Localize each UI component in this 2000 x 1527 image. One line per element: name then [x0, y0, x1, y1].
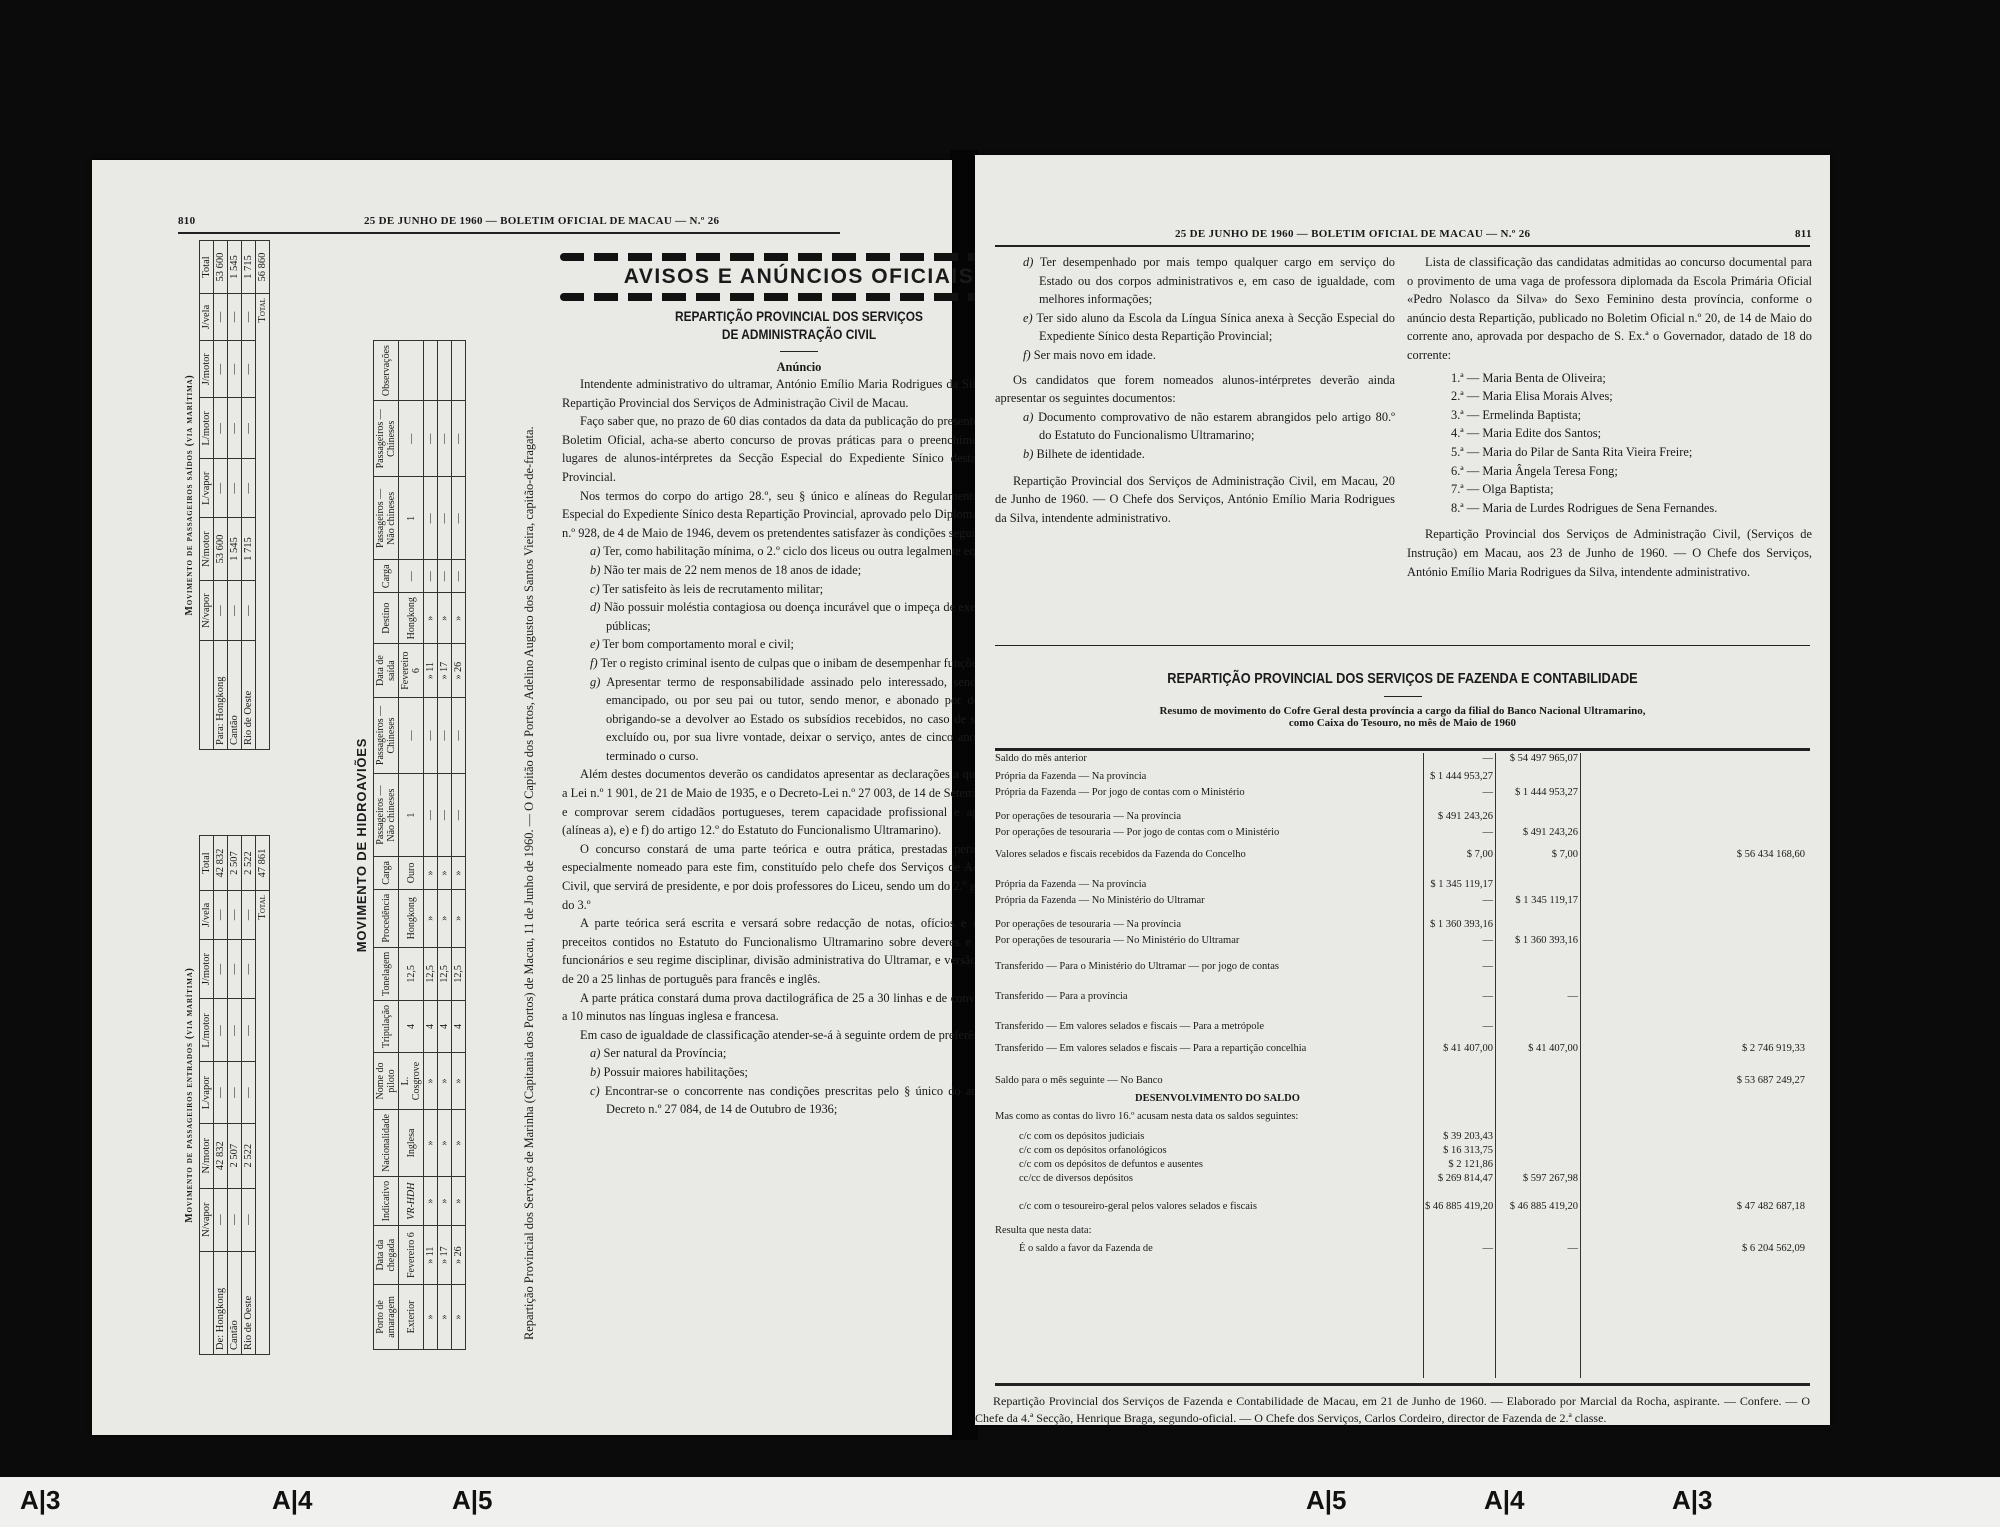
ledger-amount: $ 491 243,26	[1425, 811, 1493, 822]
ledger-row: É o saldo a favor da Fazenda de——$ 6 204…	[995, 1243, 1810, 1260]
cell: »	[452, 1052, 466, 1109]
cell: 42 832	[214, 1123, 228, 1188]
marker-text: A|4	[272, 1485, 313, 1515]
col-header	[200, 1251, 214, 1354]
col-header: Tripulação	[374, 1000, 399, 1052]
cell: Exterior	[399, 1284, 424, 1349]
item-letter: b)	[590, 563, 600, 577]
col-header: L/motor	[200, 999, 214, 1062]
ledger-amount: —	[1500, 1243, 1578, 1254]
cell: —	[399, 401, 424, 477]
ledger-amount: —	[1500, 991, 1578, 1002]
cell	[399, 341, 424, 401]
col-header: Data de saída	[374, 644, 399, 698]
cell: —	[452, 401, 466, 477]
paragraph: Além destes documentos deverão os candid…	[562, 765, 1037, 839]
fazenda-header: REPARTIÇÃO PROVINCIAL DOS SERVIÇOS DE FA…	[995, 670, 1810, 729]
paragraph: Intendente administrativo do ultramar, A…	[562, 375, 1037, 412]
cell: —	[452, 477, 466, 560]
ledger-amount: —	[1425, 787, 1493, 798]
cell: » 26	[452, 1226, 466, 1284]
frame-marker: A|3	[1672, 1485, 1713, 1516]
marker-text: A|5	[1306, 1485, 1347, 1515]
dept-title-line2: DE ADMINISTRAÇÃO CIVIL	[596, 325, 1002, 343]
ledger-label: Própria da Fazenda — Na província	[995, 879, 1146, 890]
cell: —	[438, 697, 452, 773]
cell: »	[452, 1176, 466, 1226]
item-letter: d)	[1023, 255, 1033, 269]
table-caption: Movimento de passageiros saídos (via mar…	[184, 240, 195, 750]
cell: —	[228, 294, 242, 341]
total-label: Total	[256, 891, 270, 1355]
cell: »	[438, 889, 452, 947]
page-number: 811	[1795, 228, 1812, 240]
ledger-amount: $ 2 746 919,33	[1585, 1043, 1805, 1054]
ledger-label: c/c com os depósitos orfanológicos	[1019, 1145, 1167, 1156]
cell: »	[424, 889, 438, 947]
cell: —	[228, 939, 242, 999]
marker-text: A|5	[452, 1485, 493, 1515]
item-text: Ter satisfeito às leis de recrutamento m…	[603, 582, 824, 596]
cell: 12,5	[438, 947, 452, 1000]
col-header: N/motor	[200, 518, 214, 580]
row-header: Para:	[215, 723, 226, 745]
cell: —	[452, 560, 466, 593]
candidate-name: Ermelinda Baptista;	[1482, 408, 1581, 422]
table-total-row: Total 47 861	[256, 836, 270, 1355]
table-bottom-rule	[995, 1383, 1810, 1386]
signature-text: Repartição Provincial dos Serviços de Ma…	[520, 340, 538, 1360]
ledger-row: cc/cc de diversos depósitos$ 269 814,47$…	[995, 1173, 1810, 1190]
list-item: 4.ª — Maria Edite dos Santos;	[1451, 424, 1812, 443]
list-item: 5.ª — Maria do Pilar de Santa Rita Vieir…	[1451, 443, 1812, 462]
ledger-amount: —	[1425, 961, 1493, 972]
cell: 2 522	[242, 1123, 256, 1188]
paragraph: Nos termos do corpo do artigo 28.º, seu …	[562, 487, 1037, 543]
cell: Cantão	[228, 641, 242, 750]
header-rule	[178, 232, 840, 234]
cell: » 17	[438, 644, 452, 698]
avisos-banner: AVISOS E ANÚNCIOS OFICIAIS	[560, 265, 1038, 289]
ledger-amount: $ 1 360 393,16	[1425, 919, 1493, 930]
ledger-amount: $ 46 885 419,20	[1425, 1201, 1493, 1212]
item-letter: f)	[1023, 348, 1031, 362]
cell: —	[242, 1188, 256, 1251]
left-page: 810 25 DE JUNHO DE 1960 — BOLETIM OFICIA…	[92, 160, 952, 1435]
cell: »	[438, 1110, 452, 1177]
preference-item: e) Ter sido aluno da Escola da Língua Sí…	[995, 309, 1395, 346]
item-text: Possuir maiores habilitações;	[603, 1065, 748, 1079]
condition-item: b) Não ter mais de 22 nem menos de 18 an…	[562, 561, 1037, 580]
ledger-amount: $ 7,00	[1425, 849, 1493, 860]
frame-marker: A|4	[272, 1485, 313, 1516]
cell: —	[242, 294, 256, 341]
ledger-amount: $ 6 204 562,09	[1585, 1243, 1805, 1254]
cell: 4	[399, 1000, 424, 1052]
item-text: Ser mais novo em idade.	[1034, 348, 1156, 362]
item-text: Documento comprovativo de não estarem ab…	[1038, 410, 1395, 443]
preference-item: a) Ser natural da Província;	[562, 1044, 1037, 1063]
cell: —	[242, 939, 256, 999]
candidate-name: Maria Elisa Morais Alves;	[1482, 389, 1612, 403]
cell: 1 715	[242, 518, 256, 580]
ledger-amount: $ 16 313,75	[1425, 1145, 1493, 1156]
ledger-row: Por operações de tesouraria — Na provínc…	[995, 919, 1810, 936]
ledger-amount: $ 39 203,43	[1425, 1131, 1493, 1142]
list-item: 1.ª — Maria Benta de Oliveira;	[1451, 369, 1812, 388]
cell: —	[228, 398, 242, 459]
cell: —	[242, 459, 256, 518]
list-item: 2.ª — Maria Elisa Morais Alves;	[1451, 387, 1812, 406]
cell	[438, 341, 452, 401]
ledger-label: DESENVOLVIMENTO DO SALDO	[1135, 1093, 1300, 1104]
col-header: Passageiros — Não chineses	[374, 477, 399, 560]
candidate-name: Maria Benta de Oliveira;	[1482, 371, 1606, 385]
cell: —	[214, 891, 228, 940]
ledger-label: Própria da Fazenda — Por jogo de contas …	[995, 787, 1245, 798]
table-row: Para: Hongkong — 53 600 — — — — 53 600	[214, 241, 228, 750]
candidate-name: Maria Ângela Teresa Fong;	[1482, 464, 1618, 478]
ledger-label: Por operações de tesouraria — Na provínc…	[995, 919, 1181, 930]
item-text: Ter, como habilitação mínima, o 2.º cicl…	[603, 544, 1024, 558]
col-header: Nome do piloto	[374, 1052, 399, 1109]
row-header: De:	[215, 1335, 226, 1350]
cell: 2 522	[242, 836, 256, 891]
cell: —	[242, 1062, 256, 1123]
ledger-row: DESENVOLVIMENTO DO SALDO	[995, 1093, 1810, 1110]
film-strip-edge: A|3 A|4 A|5 A|5 A|4 A|3	[0, 1477, 2000, 1527]
cell: »	[452, 1284, 466, 1349]
col-header: Total	[200, 241, 214, 294]
ledger-row: Própria da Fazenda — Na província$ 1 444…	[995, 771, 1810, 788]
ledger-row: Mas como as contas do livro 16.º acusam …	[995, 1111, 1810, 1128]
ledger-amount: $ 597 267,98	[1500, 1173, 1578, 1184]
item-letter: a)	[590, 1046, 600, 1060]
item-letter: e)	[1023, 311, 1033, 325]
item-text: Ter o registo criminal isento de culpas …	[600, 656, 1030, 670]
item-letter: a)	[1023, 410, 1033, 424]
ledger-label: c/c com o tesoureiro-geral pelos valores…	[1019, 1201, 1257, 1212]
cell: —	[214, 939, 228, 999]
table-row: »» 26»»»412,5»»——» 26»———	[452, 341, 466, 1350]
cell: »	[424, 1176, 438, 1226]
cell: —	[214, 1062, 228, 1123]
table-passageiros-entrados: Movimento de passageiros entrados (via m…	[184, 835, 270, 1355]
ledger-amount: $ 1 345 119,17	[1425, 879, 1493, 890]
capitania-signature: Repartição Provincial dos Serviços de Ma…	[520, 340, 538, 1360]
signature-paragraph: Repartição Provincial dos Serviços de Ad…	[995, 472, 1395, 528]
cell: 53 600	[214, 518, 228, 580]
ledger-amount: —	[1425, 1243, 1493, 1254]
ledger-label: Saldo do mês anterior	[995, 753, 1087, 764]
ledger-label: Por operações de tesouraria — No Ministé…	[995, 935, 1239, 946]
condition-item: a) Ter, como habilitação mínima, o 2.º c…	[562, 542, 1037, 561]
table-row: Cantão — 2 507 — — — — 2 507	[228, 836, 242, 1355]
condition-item: d) Não possuir moléstia contagiosa ou do…	[562, 598, 1037, 635]
ledger-amount: —	[1425, 827, 1493, 838]
item-text: Apresentar termo de responsabilidade ass…	[606, 675, 1037, 763]
ledger-row: Própria da Fazenda — Por jogo de contas …	[995, 787, 1810, 804]
ledger-row: Resulta que nesta data:	[995, 1225, 1810, 1242]
frame-marker: A|5	[1306, 1485, 1347, 1516]
short-rule	[780, 351, 818, 352]
cell: 2 507	[228, 836, 242, 891]
cell: —	[228, 1062, 242, 1123]
cell: »	[452, 1110, 466, 1177]
ledger-amount: $ 7,00	[1500, 849, 1578, 860]
table-total-row: Total 56 860	[256, 241, 270, 750]
col-header: L/vapor	[200, 1062, 214, 1123]
rank: 3.ª	[1451, 408, 1464, 422]
cell: —	[424, 774, 438, 857]
dashed-rule	[560, 253, 1038, 261]
table-row: Rio de Oeste — 1 715 — — — — 1 715	[242, 241, 256, 750]
cell: 1 715	[242, 241, 256, 294]
cell: —	[242, 398, 256, 459]
paragraph: A parte prática constará duma prova dact…	[562, 989, 1037, 1026]
frame-marker: A|3	[20, 1485, 61, 1516]
cell: —	[438, 560, 452, 593]
preference-item: c) Encontrar-se o concorrente nas condiç…	[562, 1082, 1037, 1119]
section-rule	[995, 645, 1810, 646]
item-text: Encontrar-se o concorrente nas condições…	[605, 1084, 1037, 1117]
col-header: Porto de amaragem	[374, 1284, 399, 1349]
cell: »	[424, 1110, 438, 1177]
candidate-name: Maria de Lurdes Rodrigues de Sena Fernan…	[1482, 501, 1717, 515]
cell: —	[228, 999, 242, 1062]
cell: »	[438, 1284, 452, 1349]
cell: »	[424, 593, 438, 644]
cell: —	[424, 697, 438, 773]
rank: 7.ª	[1451, 482, 1464, 496]
dept-title-line1: REPARTIÇÃO PROVINCIAL DOS SERVIÇOS	[596, 307, 1002, 325]
cell: —	[214, 340, 228, 398]
frame-marker: A|5	[452, 1485, 493, 1516]
avisos-body: Intendente administrativo do ultramar, A…	[562, 375, 1037, 1119]
ledger-amount: $ 56 434 168,60	[1585, 849, 1805, 860]
cell: —	[228, 891, 242, 940]
col-header: J/motor	[200, 939, 214, 999]
col-header	[200, 641, 214, 750]
ledger-label: c/c com os depósitos judiciais	[1019, 1131, 1144, 1142]
short-rule	[1384, 696, 1422, 697]
cell: —	[438, 477, 452, 560]
col-header: J/motor	[200, 340, 214, 398]
cell: »	[438, 857, 452, 890]
ledger-amount: $ 46 885 419,20	[1500, 1201, 1578, 1212]
paragraph: Em caso de igualdade de classificação at…	[562, 1026, 1037, 1045]
cell: 4	[438, 1000, 452, 1052]
preference-item: b) Possuir maiores habilitações;	[562, 1063, 1037, 1082]
ledger-row: Valores selados e fiscais recebidos da F…	[995, 849, 1810, 866]
ledger-row: Transferido — Para a província——	[995, 991, 1810, 1008]
cell: Ouro	[399, 857, 424, 890]
footer-paragraph: Repartição Provincial dos Serviços de Fa…	[975, 1393, 1810, 1427]
item-text: Não possuir moléstia contagiosa ou doenç…	[604, 600, 1037, 633]
candidate-name: Olga Baptista;	[1482, 482, 1553, 496]
rank: 1.ª	[1451, 371, 1464, 385]
cell: VR-HDH	[399, 1176, 424, 1226]
total-value: 47 861	[256, 836, 270, 891]
marker-text: A|3	[1672, 1485, 1713, 1515]
preference-item: f) Ser mais novo em idade.	[995, 346, 1395, 365]
table-hidroavioes: MOVIMENTO DE HIDROAVIÕES Porto de amarag…	[354, 340, 466, 1350]
item-letter: d)	[590, 600, 600, 614]
cell: » 11	[424, 1226, 438, 1284]
ledger-amount: $ 1 444 953,27	[1500, 787, 1578, 798]
cell: » 11	[424, 644, 438, 698]
ledger-label: Transferido — Em valores selados e fisca…	[995, 1043, 1306, 1054]
col-header: Passageiros — Chineses	[374, 401, 399, 477]
cell: 1	[399, 774, 424, 857]
item-letter: c)	[590, 1084, 600, 1098]
candidate-name: Maria do Pilar de Santa Rita Vieira Frei…	[1482, 445, 1692, 459]
cell: 4	[452, 1000, 466, 1052]
cell: —	[214, 294, 228, 341]
item-letter: c)	[590, 582, 600, 596]
condition-item: f) Ter o registo criminal isento de culp…	[562, 654, 1037, 673]
cell: Hongkong	[399, 593, 424, 644]
item-letter: g)	[590, 675, 600, 689]
col-header: Destino	[374, 593, 399, 644]
table-row: De: Hongkong — 42 832 — — — — 42 832	[214, 836, 228, 1355]
cell: Rio de Oeste	[242, 1251, 256, 1354]
table-row: ExteriorFevereiro 6VR-HDHInglesaL. Cosgr…	[399, 341, 424, 1350]
cell: —	[228, 340, 242, 398]
cell: —	[399, 560, 424, 593]
cell: »	[424, 1052, 438, 1109]
ledger-row: Por operações de tesouraria — No Ministé…	[995, 935, 1810, 952]
cell: »	[438, 1176, 452, 1226]
ledger-amount: —	[1425, 1021, 1493, 1032]
col-header: Procedência	[374, 889, 399, 947]
cell: 1 545	[228, 518, 242, 580]
rank: 4.ª	[1451, 426, 1464, 440]
cell: —	[228, 459, 242, 518]
running-head: 25 DE JUNHO DE 1960 — BOLETIM OFICIAL DE…	[1175, 228, 1530, 240]
paragraph: A parte teórica será escrita e versará s…	[562, 914, 1037, 988]
cell: —	[452, 774, 466, 857]
table-top-rule	[995, 748, 1810, 751]
ledger-row: Transferido — Em valores selados e fisca…	[995, 1043, 1810, 1060]
cell: Hongkong	[215, 676, 226, 720]
running-head: 25 DE JUNHO DE 1960 — BOLETIM OFICIAL DE…	[364, 215, 719, 227]
cell: Hongkong	[399, 889, 424, 947]
ledger-amount: —	[1425, 895, 1493, 906]
rank: 5.ª	[1451, 445, 1464, 459]
ledger-amount: —	[1425, 991, 1493, 1002]
cell: Fevereiro 6	[399, 1226, 424, 1284]
cell: —	[214, 999, 228, 1062]
col-header: L/motor	[200, 398, 214, 459]
ledger-amount: $ 1 444 953,27	[1425, 771, 1493, 782]
cell: »	[424, 1284, 438, 1349]
ledger-label: Valores selados e fiscais recebidos da F…	[995, 849, 1246, 860]
cell: 4	[424, 1000, 438, 1052]
document-item: a) Documento comprovativo de não estarem…	[995, 408, 1395, 445]
table-row: »» 11»»»412,5»»——» 11»———	[424, 341, 438, 1350]
cell: —	[242, 340, 256, 398]
cell: —	[438, 401, 452, 477]
item-letter: b)	[1023, 447, 1033, 461]
cell: —	[452, 697, 466, 773]
marker-text: A|4	[1484, 1485, 1525, 1515]
col-header: N/motor	[200, 1123, 214, 1188]
cell	[424, 341, 438, 401]
paragraph: Os candidatos que forem nomeados alunos-…	[995, 371, 1395, 408]
item-letter: e)	[590, 637, 600, 651]
ledger-label: Própria da Fazenda — Na província	[995, 771, 1146, 782]
item-letter: b)	[590, 1065, 600, 1079]
ledger-amount: —	[1425, 935, 1493, 946]
cell	[452, 341, 466, 401]
ledger-label: c/c com os depósitos de defuntos e ausen…	[1019, 1159, 1203, 1170]
cell: » 26	[452, 644, 466, 698]
cell: 12,5	[452, 947, 466, 1000]
condition-item: e) Ter bom comportamento moral e civil;	[562, 635, 1037, 654]
ledger-amount: $ 2 121,86	[1425, 1159, 1493, 1170]
cell: —	[242, 580, 256, 641]
cell: —	[242, 999, 256, 1062]
ledger-label: Saldo para o mês seguinte — No Banco	[995, 1075, 1163, 1086]
page-number: 810	[178, 215, 195, 227]
list-item: 7.ª — Olga Baptista;	[1451, 480, 1812, 499]
ledger-label: cc/cc de diversos depósitos	[1019, 1173, 1133, 1184]
col-header: Data da chegada	[374, 1226, 399, 1284]
ledger-label: Transferido — Para a província	[995, 991, 1128, 1002]
list-item: 6.ª — Maria Ângela Teresa Fong;	[1451, 462, 1812, 481]
table-caption: MOVIMENTO DE HIDROAVIÕES	[354, 340, 369, 1350]
cell: —	[214, 459, 228, 518]
cell: 42 832	[214, 836, 228, 891]
cell: »	[452, 889, 466, 947]
col-header: L/vapor	[200, 459, 214, 518]
table-caption: Movimento de passageiros entrados (via m…	[184, 835, 195, 1355]
total-label: Total	[256, 294, 270, 750]
cell: —	[228, 1188, 242, 1251]
cell: Inglesa	[399, 1110, 424, 1177]
cell: Cantão	[228, 1251, 242, 1354]
lista-classificacao: Lista de classificação das candidatas ad…	[1407, 253, 1812, 581]
dashed-rule	[560, 293, 1038, 301]
col-header: Nacionalidade	[374, 1110, 399, 1177]
right-page: 25 DE JUNHO DE 1960 — BOLETIM OFICIAL DE…	[975, 155, 1830, 1425]
cell: —	[438, 774, 452, 857]
cell: —	[214, 580, 228, 641]
cell: 12,5	[399, 947, 424, 1000]
cell: —	[424, 477, 438, 560]
paragraph: O concurso constará de uma parte teórica…	[562, 840, 1037, 914]
paragraph: Lista de classificação das candidatas ad…	[1407, 253, 1812, 365]
ledger-label: Por operações de tesouraria — Na provínc…	[995, 811, 1181, 822]
ledger-amount: $ 1 360 393,16	[1500, 935, 1578, 946]
cell: —	[228, 580, 242, 641]
fazenda-subtitle: como Caixa do Tesouro, no mês de Maio de…	[995, 717, 1810, 729]
cell: 53 600	[214, 241, 228, 294]
cell: » 17	[438, 1226, 452, 1284]
cell: »	[438, 593, 452, 644]
ledger-row: Por operações de tesouraria — Por jogo d…	[995, 827, 1810, 844]
table-row: »» 17»»»412,5»»——» 17»———	[438, 341, 452, 1350]
cell: —	[214, 1188, 228, 1251]
ledger-label: Própria da Fazenda — No Ministério do Ul…	[995, 895, 1205, 906]
ledger-row: Transferido — Em valores selados e fisca…	[995, 1021, 1810, 1038]
signature-paragraph: Repartição Provincial dos Serviços de Ad…	[1407, 525, 1812, 581]
fazenda-title: REPARTIÇÃO PROVINCIAL DOS SERVIÇOS DE FA…	[1056, 670, 1749, 688]
cell: —	[424, 401, 438, 477]
rank: 6.ª	[1451, 464, 1464, 478]
cell: —	[214, 398, 228, 459]
